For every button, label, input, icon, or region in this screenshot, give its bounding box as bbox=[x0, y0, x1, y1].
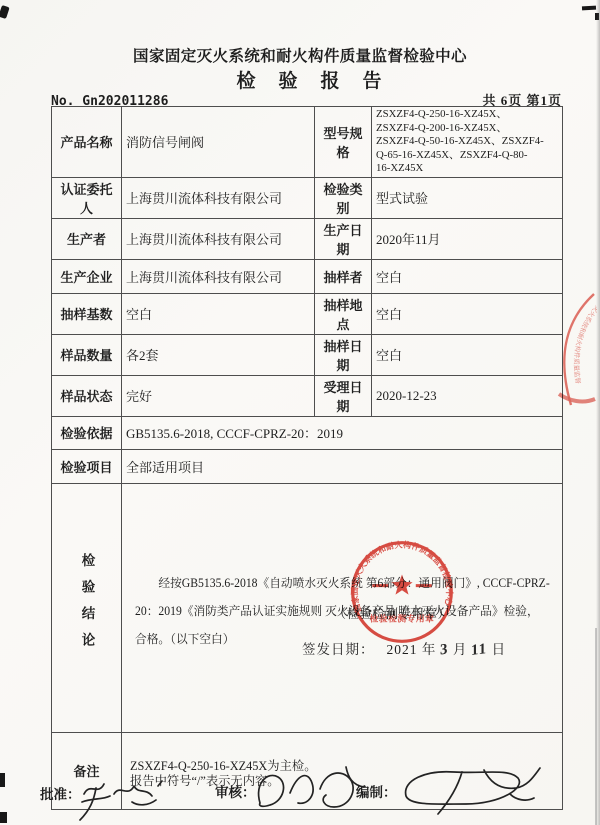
production-date-value: 2020年11月 bbox=[372, 218, 563, 259]
cert-client-value: 上海贯川流体科技有限公司 bbox=[122, 177, 315, 218]
sample-qty-label: 样品数量 bbox=[52, 334, 122, 375]
issue-day-handwritten: 11 bbox=[471, 641, 487, 660]
sample-date-value: 空白 bbox=[372, 334, 563, 375]
table-row: 产品名称 消防信号闸阀 型号规格 ZSXZF4-Q-250-16-XZ45X、 … bbox=[52, 107, 563, 178]
sample-state-label: 样品状态 bbox=[52, 375, 122, 416]
table-row: 检验依据 GB5135.6-2018, CCCF-CPRZ-20：2019 bbox=[52, 416, 563, 449]
production-date-label: 生产日期 bbox=[315, 218, 372, 259]
producer-label: 生产者 bbox=[52, 218, 122, 259]
test-type-value: 型式试验 bbox=[372, 177, 563, 218]
scan-artifact bbox=[0, 773, 5, 787]
table-row: 生产企业 上海贯川流体科技有限公司 抽样者 空白 bbox=[52, 259, 563, 293]
test-type-label: 检验类别 bbox=[315, 177, 372, 218]
approve-signature bbox=[72, 772, 182, 824]
table-row: 检验项目 全部适用项目 bbox=[52, 449, 563, 483]
table-row: 抽样基数 空白 抽样地点 空白 bbox=[52, 293, 563, 334]
sample-base-label: 抽样基数 bbox=[52, 293, 122, 334]
prepare-label: 编制： bbox=[356, 781, 397, 801]
prepare-signature bbox=[392, 760, 544, 820]
test-items-label: 检验项目 bbox=[52, 449, 122, 483]
accept-date-label: 受理日期 bbox=[315, 375, 372, 416]
manufacturer-label: 生产企业 bbox=[52, 259, 122, 293]
product-name-value: 消防信号闸阀 bbox=[122, 107, 315, 178]
test-basis-value: GB5135.6-2018, CCCF-CPRZ-20：2019 bbox=[122, 416, 563, 449]
cert-client-label: 认证委托人 bbox=[52, 177, 122, 218]
manufacturer-value: 上海贯川流体科技有限公司 bbox=[122, 259, 315, 293]
table-row: 认证委托人 上海贯川流体科技有限公司 检验类别 型式试验 bbox=[52, 177, 563, 218]
sample-date-label: 抽样日期 bbox=[315, 334, 372, 375]
table-row: 检验结论 经按GB5135.6-2018《自动喷水灭火系统 第6部分：通用阀门》… bbox=[52, 483, 563, 732]
sampler-value: 空白 bbox=[372, 259, 563, 293]
sample-qty-value: 各2套 bbox=[122, 334, 315, 375]
month-char: 月 bbox=[453, 642, 468, 657]
scan-artifact bbox=[582, 6, 596, 11]
day-char: 日 bbox=[492, 642, 507, 657]
org-title: 国家固定灭火系统和耐火构件质量监督检验中心 bbox=[0, 44, 600, 66]
model-spec-value: ZSXZF4-Q-250-16-XZ45X、 ZSXZF4-Q-200-16-X… bbox=[376, 108, 554, 176]
product-name-label: 产品名称 bbox=[52, 107, 122, 178]
stamp-star-icon bbox=[391, 575, 412, 595]
report-page: 国家固定灭火系统和耐火构件质量监督检验中心 检 验 报 告 No. Gn2020… bbox=[0, 0, 600, 825]
accept-date-value: 2020-12-23 bbox=[372, 375, 563, 416]
edge-stamp-mark: 灭火系统和耐火构件质量监督 bbox=[551, 291, 597, 409]
table-row: 样品数量 各2套 抽样日期 空白 bbox=[52, 334, 563, 375]
model-spec-label: 型号规格 bbox=[315, 107, 372, 178]
inspection-table: 产品名称 消防信号闸阀 型号规格 ZSXZF4-Q-250-16-XZ45X、 … bbox=[51, 106, 563, 810]
sample-place-value: 空白 bbox=[372, 293, 563, 334]
producer-value: 上海贯川流体科技有限公司 bbox=[122, 218, 315, 259]
table-row: 生产者 上海贯川流体科技有限公司 生产日期 2020年11月 bbox=[52, 218, 563, 259]
edge-stamp-stroke bbox=[559, 394, 595, 401]
report-title: 检 验 报 告 bbox=[10, 66, 600, 93]
inspection-stamp-icon: 国家固定灭火系统和耐火构件质量监督检验中心 检验检测专用章 bbox=[349, 539, 455, 645]
test-basis-label: 检验依据 bbox=[52, 416, 122, 449]
conclusion-label: 检验结论 bbox=[77, 553, 97, 659]
sample-base-value: 空白 bbox=[122, 293, 315, 334]
conclusion-label-cell: 检验结论 bbox=[52, 483, 122, 732]
test-items-value: 全部适用项目 bbox=[122, 449, 563, 483]
sample-state-value: 完好 bbox=[122, 375, 315, 416]
scan-edge-shadow bbox=[596, 0, 600, 825]
sample-place-label: 抽样地点 bbox=[315, 293, 372, 334]
scan-artifact bbox=[0, 5, 10, 19]
sampler-label: 抽样者 bbox=[315, 259, 372, 293]
scan-artifact bbox=[0, 812, 7, 823]
table-row: 样品状态 完好 受理日期 2020-12-23 bbox=[52, 375, 563, 416]
review-signature bbox=[250, 763, 368, 821]
stamp-inner-text: 检验检测专用章 bbox=[370, 613, 435, 624]
